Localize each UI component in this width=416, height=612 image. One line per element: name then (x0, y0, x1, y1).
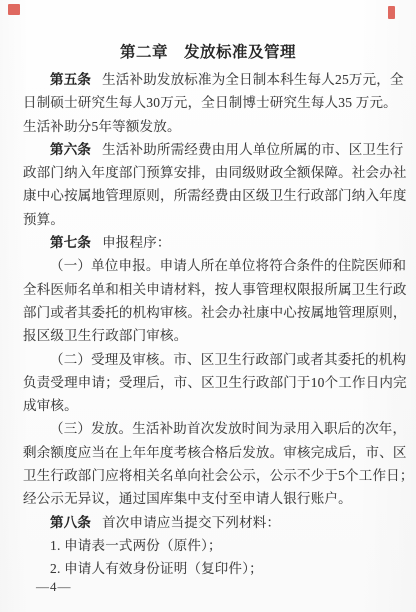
line-text: 剩余额度应当在上年年度考核合格后发放。审核完成后，市、区 (23, 445, 407, 460)
line-text: 预算。 (23, 212, 64, 227)
line-text: 申报程序： (102, 235, 171, 250)
line-text: 负责受理申请；受理后，市、区卫生行政部门于10个工作日内完 (23, 375, 407, 390)
line-text: 生活补助分5年等额发放。 (23, 119, 181, 134)
line-text: 日制硕士研究生每人30万元，全日制博士研究生每人35 万元。 (23, 95, 397, 110)
clause-number: 第六条 (50, 142, 91, 157)
line-text: 2. 申请人有效身份证明（复印件）； (50, 561, 263, 576)
text-line: 卫生行政部门应将相关名单向社会公示，公示不少于5个工作日； (0, 464, 416, 487)
text-line: 1. 申请表一式两份（原件）； (0, 534, 416, 557)
text-line: 政部门纳入年度部门预算安排，由同级财政全额保障。社会办社 (0, 161, 416, 184)
text-line: 2. 申请人有效身份证明（复印件）； (0, 557, 416, 580)
text-line: 剩余额度应当在上年年度考核合格后发放。审核完成后，市、区 (0, 441, 416, 464)
text-line: 经公示无异议，通过国库集中支付至申请人银行账户。 (0, 487, 416, 510)
line-text: （二）受理及审核。市、区卫生行政部门或者其委托的机构 (50, 352, 406, 367)
line-text: 1. 申请表一式两份（原件）； (50, 538, 222, 553)
text-line: （二）受理及审核。市、区卫生行政部门或者其委托的机构 (0, 348, 416, 371)
text-line: 第七条申报程序： (0, 231, 416, 254)
text-line: 全科医师名单和相关申请材料，按人事管理权限报所属卫生行政 (0, 278, 416, 301)
page-number: —4— (36, 579, 72, 595)
line-text: 生活补助发放标准为全日制本科生每人25万元，全 (102, 72, 404, 87)
text-line: 预算。 (0, 208, 416, 231)
clause-number: 第五条 (50, 72, 91, 87)
text-line: 部门或者其委托的机构审核。社会办社康中心按属地管理原则， (0, 301, 416, 324)
text-line: （一）单位申报。申请人所在单位将符合条件的住院医师和 (0, 254, 416, 277)
line-text: 全科医师名单和相关申请材料，按人事管理权限报所属卫生行政 (23, 282, 407, 297)
text-line: 成审核。 (0, 394, 416, 417)
line-text: （一）单位申报。申请人所在单位将符合条件的住院医师和 (50, 258, 406, 273)
line-text: 成审核。 (23, 398, 78, 413)
line-text: 首次申请应当提交下列材料： (102, 515, 280, 530)
clause-number: 第八条 (50, 515, 91, 530)
text-line: 康中心按属地管理原则，所需经费由区级卫生行政部门纳入年度 (0, 184, 416, 207)
line-text: （三）发放。生活补助首次发放时间为录用入职后的次年， (50, 421, 406, 436)
red-seal-fragment-left-icon (8, 4, 20, 15)
text-line: 负责受理申请；受理后，市、区卫生行政部门于10个工作日内完 (0, 371, 416, 394)
text-line: 第六条生活补助所需经费由用人单位所属的市、区卫生行 (0, 138, 416, 161)
document-page: 第二章 发放标准及管理 第五条生活补助发放标准为全日制本科生每人25万元，全日制… (0, 0, 416, 612)
line-text: 部门或者其委托的机构审核。社会办社康中心按属地管理原则， (23, 305, 407, 320)
line-text: 康中心按属地管理原则，所需经费由区级卫生行政部门纳入年度 (23, 188, 407, 203)
line-text: 经公示无异议，通过国库集中支付至申请人银行账户。 (23, 491, 352, 506)
line-text: 生活补助所需经费由用人单位所属的市、区卫生行 (102, 142, 403, 157)
text-line: （三）发放。生活补助首次发放时间为录用入职后的次年， (0, 417, 416, 440)
clause-number: 第七条 (50, 235, 91, 250)
text-line: 第八条首次申请应当提交下列材料： (0, 511, 416, 534)
line-text: 报区级卫生行政部门审核。 (23, 328, 187, 343)
text-line: 报区级卫生行政部门审核。 (0, 324, 416, 347)
text-line: 第五条生活补助发放标准为全日制本科生每人25万元，全 (0, 68, 416, 91)
text-line: 日制硕士研究生每人30万元，全日制博士研究生每人35 万元。 (0, 91, 416, 114)
line-text: 政部门纳入年度部门预算安排，由同级财政全额保障。社会办社 (23, 165, 407, 180)
document-lines: 第五条生活补助发放标准为全日制本科生每人25万元，全日制硕士研究生每人30万元，… (0, 68, 416, 581)
chapter-heading: 第二章 发放标准及管理 (0, 0, 416, 62)
text-line: 生活补助分5年等额发放。 (0, 115, 416, 138)
line-text: 卫生行政部门应将相关名单向社会公示，公示不少于5个工作日； (23, 468, 414, 483)
red-seal-fragment-right-icon (388, 6, 395, 19)
